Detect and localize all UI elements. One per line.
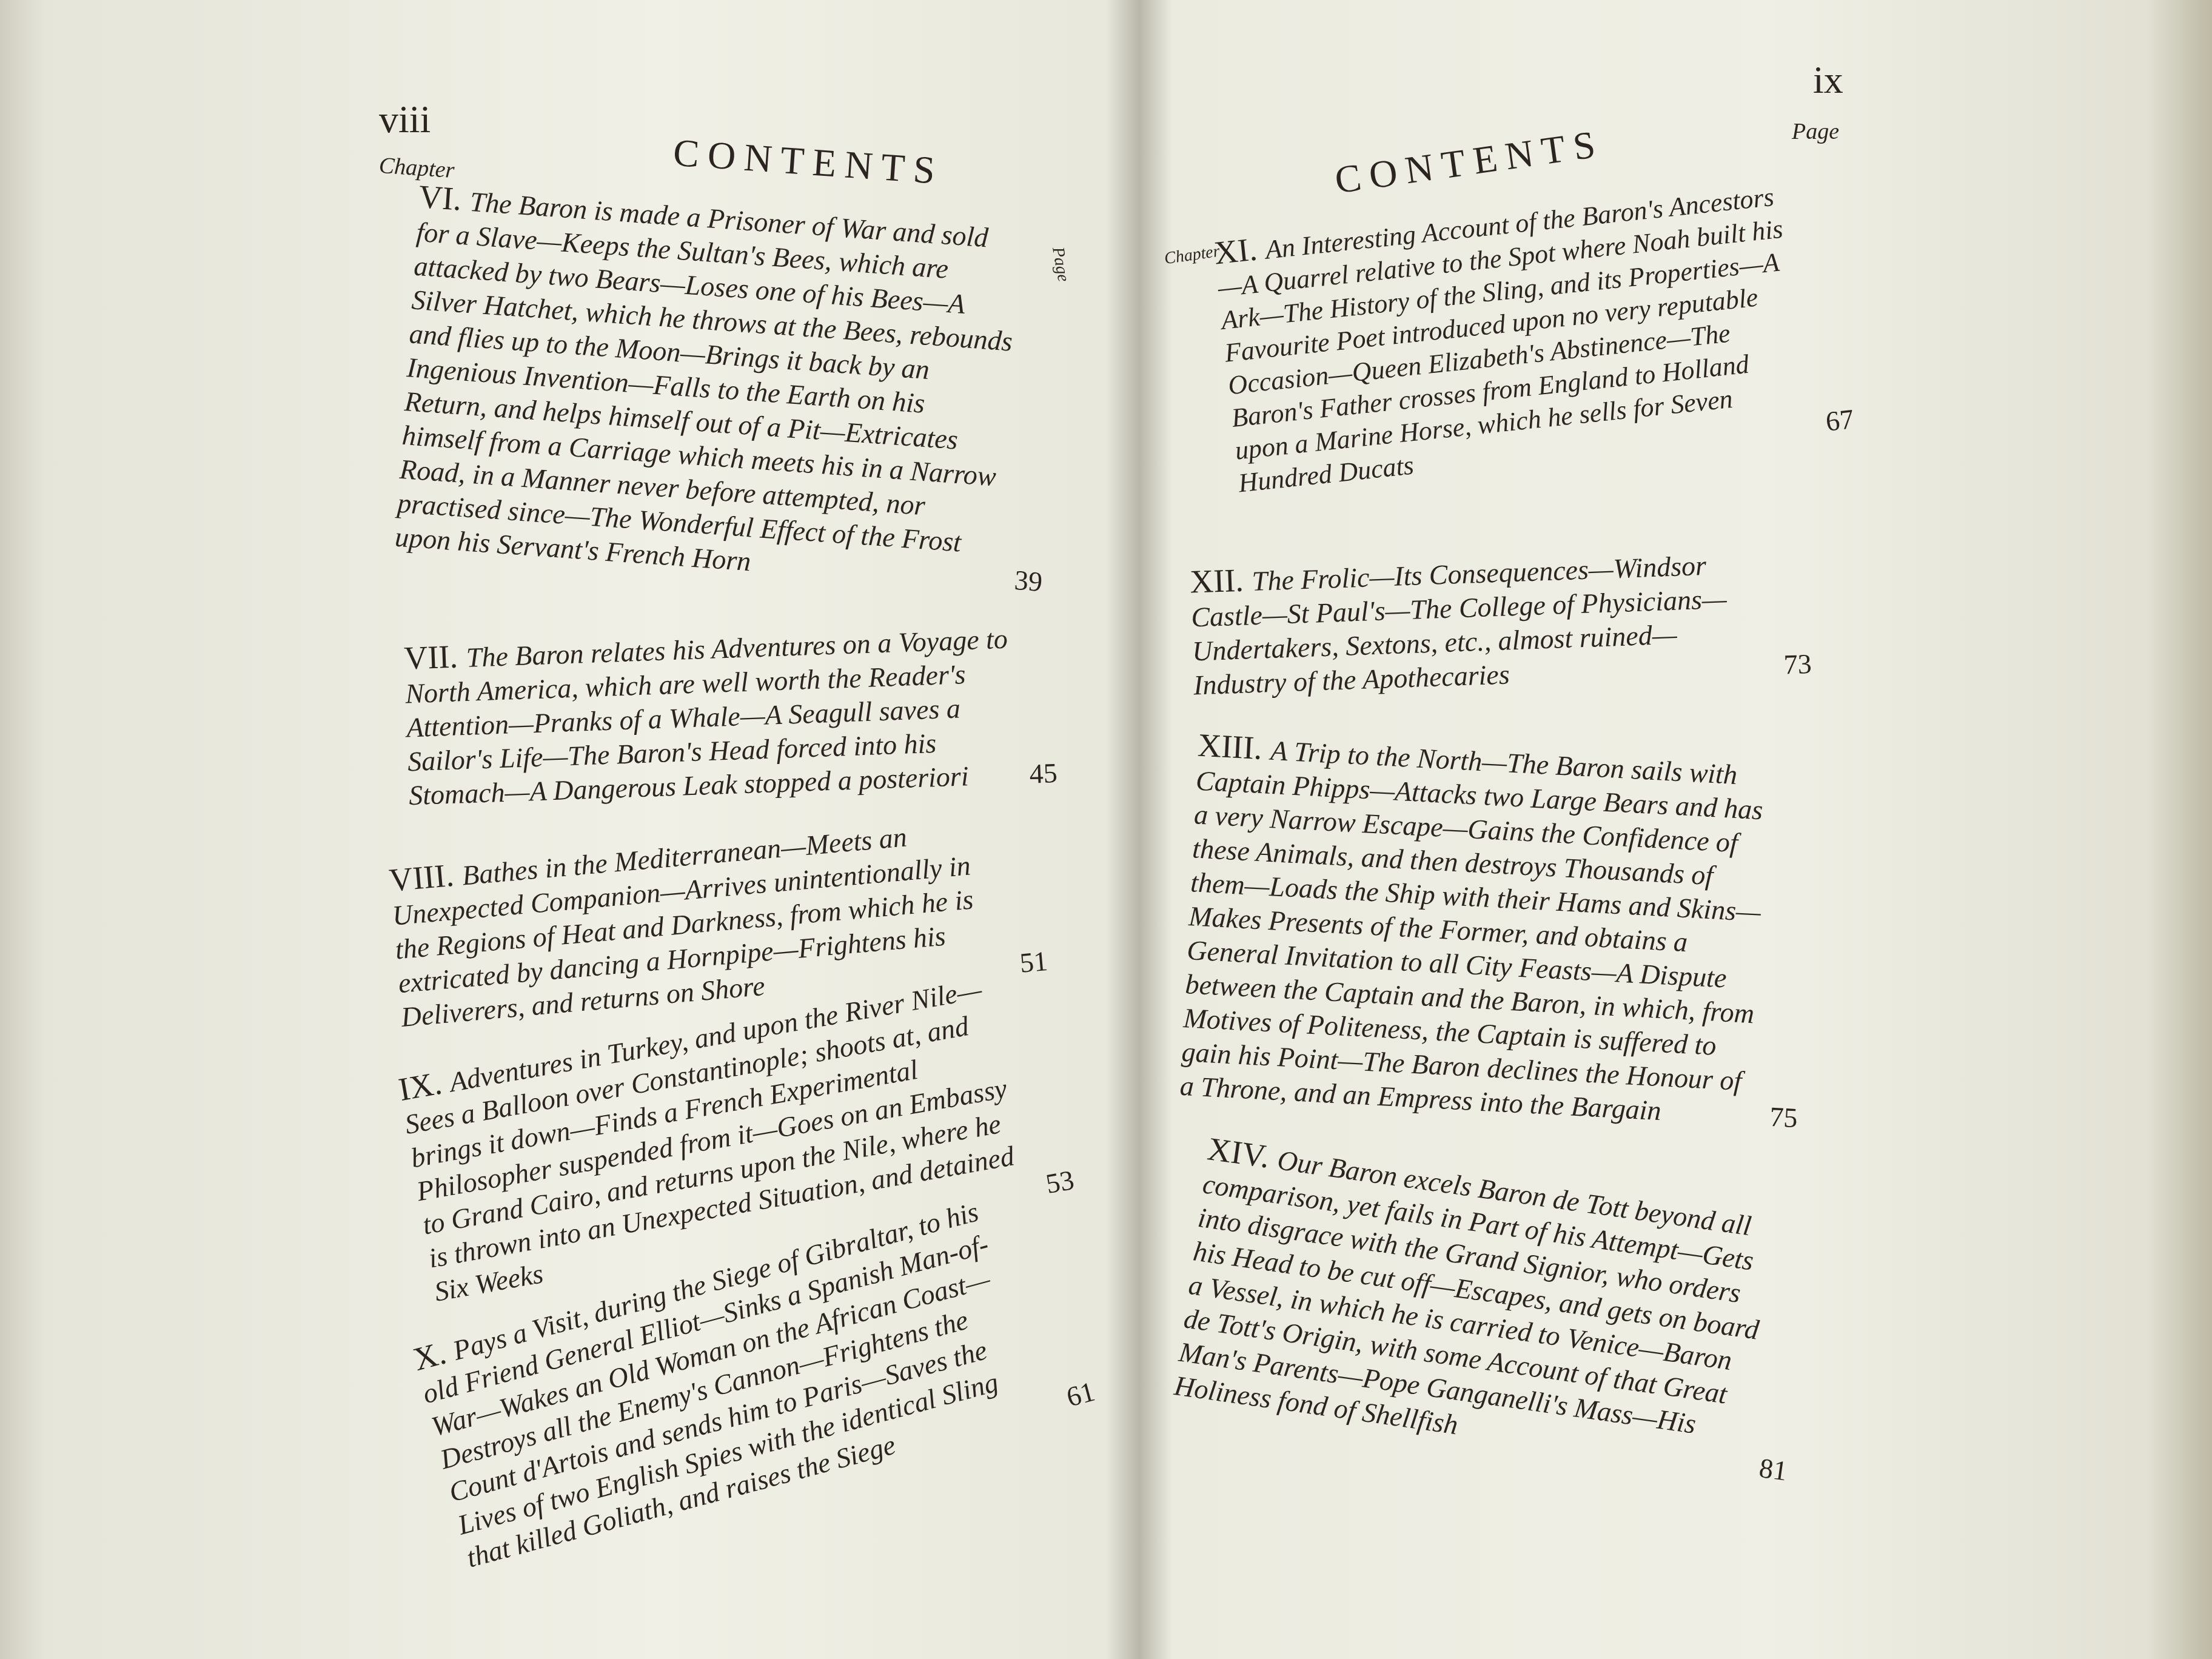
page-ref: 67 bbox=[1824, 403, 1855, 438]
page-number: ix bbox=[1813, 58, 1843, 102]
page-label: Page bbox=[1048, 246, 1073, 283]
chapter-number: VI. bbox=[418, 178, 463, 218]
chapter-number: XI. bbox=[1213, 230, 1259, 271]
open-book: viii CONTENTS Chapter Page VI.The Baron … bbox=[0, 0, 2212, 1659]
chapter-number: VII. bbox=[403, 638, 458, 676]
chapter-number: X. bbox=[409, 1335, 449, 1378]
chapter-summary: The Frolic—Its Consequences—Windsor Cast… bbox=[1190, 550, 1727, 701]
page-ref: 81 bbox=[1757, 1451, 1789, 1489]
chapter-label: Chapter bbox=[1163, 242, 1221, 269]
toc-entry: XIV.Our Baron excels Baron de Tott beyon… bbox=[1172, 1131, 1781, 1483]
toc-entry: XIII.A Trip to the North—The Baron sails… bbox=[1179, 728, 1774, 1133]
chapter-summary: Our Baron excels Baron de Tott beyond al… bbox=[1173, 1144, 1761, 1440]
page-label: Page bbox=[1792, 118, 1839, 145]
chapter-number: XIII. bbox=[1197, 727, 1263, 766]
page-ref: 45 bbox=[1029, 756, 1058, 791]
left-page: viii CONTENTS Chapter Page VI.The Baron … bbox=[0, 0, 1128, 1659]
contents-title: CONTENTS bbox=[1332, 121, 1606, 203]
page-ref: 61 bbox=[1063, 1375, 1099, 1415]
chapter-number: XIV. bbox=[1205, 1130, 1272, 1175]
toc-entry: VI.The Baron is made a Prisoner of War a… bbox=[394, 179, 1025, 596]
contents-title: CONTENTS bbox=[672, 130, 945, 194]
toc-entry: XI.An Interesting Account of the Baron's… bbox=[1213, 177, 1813, 500]
toc-entry: VII.The Baron relates his Adventures on … bbox=[403, 620, 1015, 813]
right-page: ix CONTENTS Page Chapter XI.An Interesti… bbox=[1134, 0, 2212, 1659]
page-number: viii bbox=[379, 97, 431, 142]
chapter-label: Chapter bbox=[378, 152, 455, 184]
chapter-summary: A Trip to the North—The Baron sails with… bbox=[1179, 735, 1764, 1126]
chapter-summary: The Baron relates his Adventures on a Vo… bbox=[404, 623, 1008, 811]
chapter-summary: The Baron is made a Prisoner of War and … bbox=[394, 186, 1014, 577]
page-ref: 51 bbox=[1018, 944, 1049, 980]
page-ref: 39 bbox=[1013, 563, 1044, 599]
chapter-number: XII. bbox=[1189, 562, 1244, 600]
toc-entry: XII.The Frolic—Its Consequences—Windsor … bbox=[1189, 545, 1769, 702]
page-ref: 53 bbox=[1044, 1163, 1077, 1201]
page-ref: 75 bbox=[1769, 1100, 1798, 1135]
chapter-number: VIII. bbox=[387, 857, 455, 899]
chapter-number: IX. bbox=[396, 1065, 444, 1108]
chapter-summary: An Interesting Account of the Baron's An… bbox=[1216, 182, 1785, 498]
page-ref: 73 bbox=[1783, 647, 1812, 682]
